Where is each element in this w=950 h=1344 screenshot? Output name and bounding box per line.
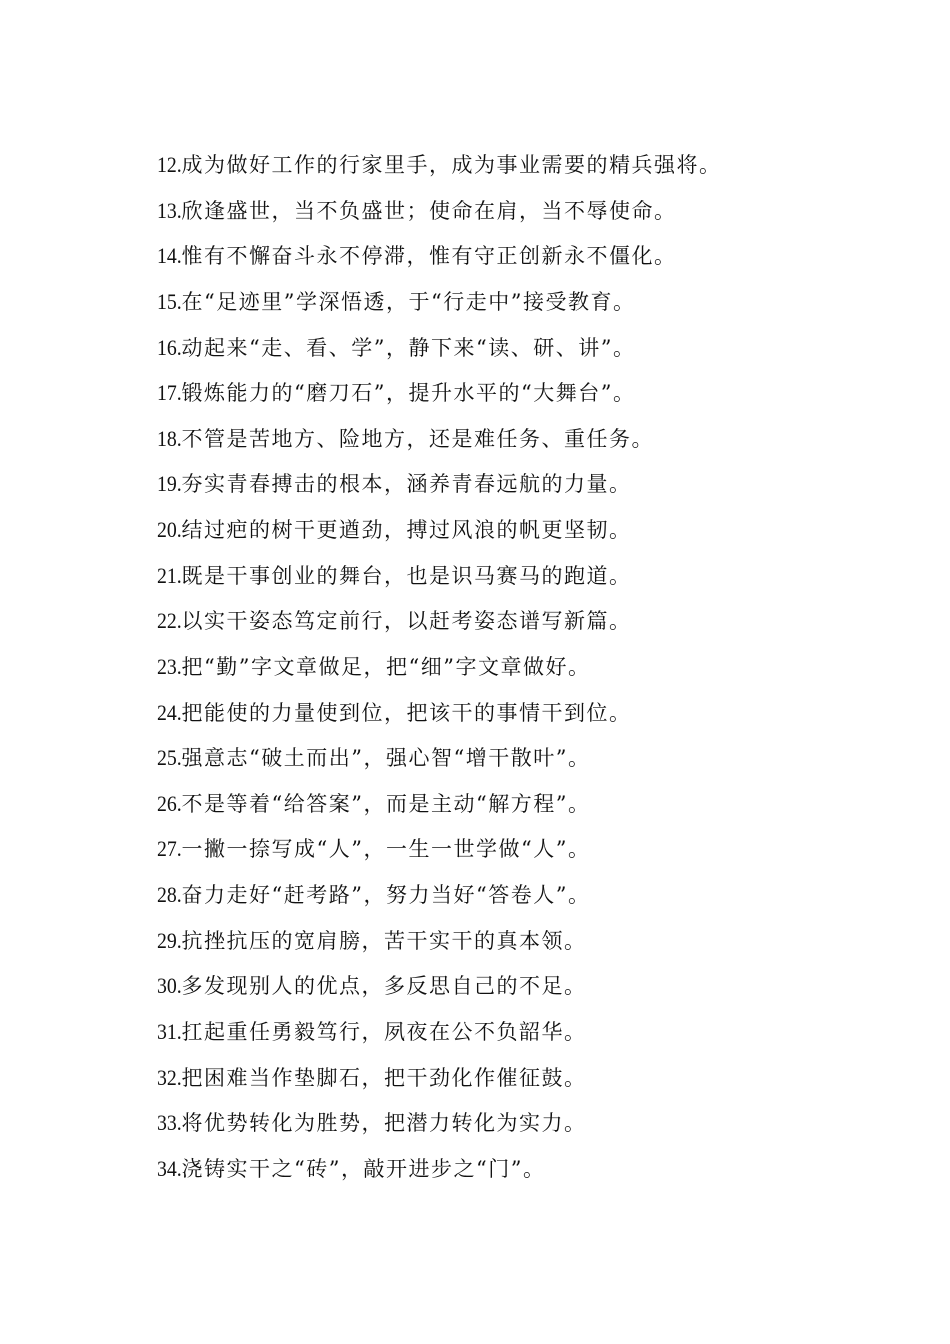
list-item: 32.把困难当作垫脚石，把干劲化作催征鼓。 [157, 1055, 722, 1101]
item-text: 强意志“破土而出”，强心智“增干散叶”。 [182, 746, 591, 770]
item-number: 12. [157, 142, 182, 188]
item-number: 19. [157, 461, 182, 507]
item-text: 浇铸实干之“砖”，敲开进步之“门”。 [182, 1157, 546, 1181]
item-number: 13. [157, 188, 182, 234]
item-text: 多发现别人的优点，多反思自己的不足。 [182, 974, 587, 998]
item-number: 15. [157, 279, 182, 325]
list-item: 31.扛起重任勇毅笃行，夙夜在公不负韶华。 [157, 1009, 722, 1055]
list-item: 34.浇铸实干之“砖”，敲开进步之“门”。 [157, 1146, 722, 1192]
list-item: 23.把“勤”字文章做足，把“细”字文章做好。 [157, 644, 722, 690]
list-item: 18.不管是苦地方、险地方，还是难任务、重任务。 [157, 416, 722, 462]
list-item: 29.抗挫抗压的宽肩膀，苦干实干的真本领。 [157, 918, 722, 964]
list-item: 17.锻炼能力的“磨刀石”，提升水平的“大舞台”。 [157, 370, 722, 416]
list-item: 27.一撇一捺写成“人”，一生一世学做“人”。 [157, 826, 722, 872]
list-item: 12.成为做好工作的行家里手，成为事业需要的精兵强将。 [157, 142, 722, 188]
item-number: 16. [157, 325, 182, 371]
item-text: 在“足迹里”学深悟透，于“行走中”接受教育。 [182, 290, 636, 314]
item-number: 32. [157, 1055, 182, 1101]
list-item: 24.把能使的力量使到位，把该干的事情干到位。 [157, 690, 722, 736]
item-text: 欣逢盛世，当不负盛世；使命在肩，当不辱使命。 [182, 199, 677, 223]
item-number: 29. [157, 918, 182, 964]
item-text: 不管是苦地方、险地方，还是难任务、重任务。 [182, 427, 655, 451]
item-number: 14. [157, 233, 182, 279]
item-text: 把“勤”字文章做足，把“细”字文章做好。 [182, 655, 591, 679]
item-number: 31. [157, 1009, 182, 1055]
item-text: 扛起重任勇毅笃行，夙夜在公不负韶华。 [182, 1020, 587, 1044]
list-item: 26.不是等着“给答案”，而是主动“解方程”。 [157, 781, 722, 827]
item-number: 22. [157, 598, 182, 644]
item-number: 18. [157, 416, 182, 462]
item-text: 动起来“走、看、学”，静下来“读、研、讲”。 [182, 336, 636, 360]
item-text: 成为做好工作的行家里手，成为事业需要的精兵强将。 [182, 153, 722, 177]
item-number: 20. [157, 507, 182, 553]
item-text: 既是干事创业的舞台，也是识马赛马的跑道。 [182, 564, 632, 588]
item-text: 把困难当作垫脚石，把干劲化作催征鼓。 [182, 1066, 587, 1090]
list-item: 14.惟有不懈奋斗永不停滞，惟有守正创新永不僵化。 [157, 233, 722, 279]
document-page: 12.成为做好工作的行家里手，成为事业需要的精兵强将。 13.欣逢盛世，当不负盛… [0, 0, 950, 1344]
item-number: 21. [157, 553, 182, 599]
item-number: 28. [157, 872, 182, 918]
item-text: 抗挫抗压的宽肩膀，苦干实干的真本领。 [182, 929, 587, 953]
list-item: 33.将优势转化为胜势，把潜力转化为实力。 [157, 1100, 722, 1146]
list-item: 15.在“足迹里”学深悟透，于“行走中”接受教育。 [157, 279, 722, 325]
list-item: 16.动起来“走、看、学”，静下来“读、研、讲”。 [157, 325, 722, 371]
list-item: 22.以实干姿态笃定前行，以赶考姿态谱写新篇。 [157, 598, 722, 644]
item-text: 把能使的力量使到位，把该干的事情干到位。 [182, 701, 632, 725]
item-text: 将优势转化为胜势，把潜力转化为实力。 [182, 1111, 587, 1135]
list-item: 20.结过疤的树干更遒劲，搏过风浪的帆更坚韧。 [157, 507, 722, 553]
item-number: 33. [157, 1100, 182, 1146]
list-item: 19.夯实青春搏击的根本，涵养青春远航的力量。 [157, 461, 722, 507]
item-text: 一撇一捺写成“人”，一生一世学做“人”。 [182, 837, 591, 861]
item-number: 30. [157, 963, 182, 1009]
item-number: 17. [157, 370, 182, 416]
list-item: 28.奋力走好“赶考路”，努力当好“答卷人”。 [157, 872, 722, 918]
item-number: 27. [157, 826, 182, 872]
item-number: 34. [157, 1146, 182, 1192]
item-text: 夯实青春搏击的根本，涵养青春远航的力量。 [182, 472, 632, 496]
list-item: 30.多发现别人的优点，多反思自己的不足。 [157, 963, 722, 1009]
item-number: 23. [157, 644, 182, 690]
item-text: 不是等着“给答案”，而是主动“解方程”。 [182, 792, 591, 816]
item-number: 25. [157, 735, 182, 781]
list-item: 25.强意志“破土而出”，强心智“增干散叶”。 [157, 735, 722, 781]
item-text: 以实干姿态笃定前行，以赶考姿态谱写新篇。 [182, 609, 632, 633]
item-text: 奋力走好“赶考路”，努力当好“答卷人”。 [182, 883, 591, 907]
item-text: 结过疤的树干更遒劲，搏过风浪的帆更坚韧。 [182, 518, 632, 542]
item-number: 26. [157, 781, 182, 827]
item-text: 锻炼能力的“磨刀石”，提升水平的“大舞台”。 [182, 381, 636, 405]
item-number: 24. [157, 690, 182, 736]
list-item: 21.既是干事创业的舞台，也是识马赛马的跑道。 [157, 553, 722, 599]
phrase-list: 12.成为做好工作的行家里手，成为事业需要的精兵强将。 13.欣逢盛世，当不负盛… [157, 142, 722, 1191]
list-item: 13.欣逢盛世，当不负盛世；使命在肩，当不辱使命。 [157, 188, 722, 234]
item-text: 惟有不懈奋斗永不停滞，惟有守正创新永不僵化。 [182, 244, 677, 268]
